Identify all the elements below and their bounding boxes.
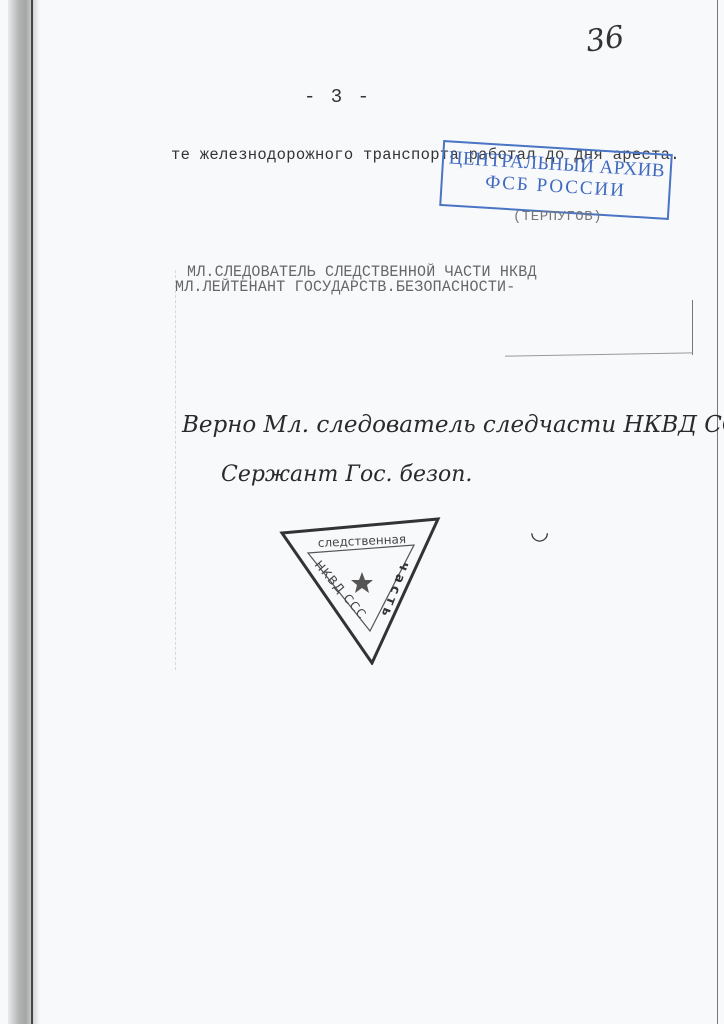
binding-edge-line	[31, 0, 33, 1024]
signature-title-line2: МЛ.ЛЕЙТЕНАНТ ГОСУДАРСТВ.БЕЗОПАСНОСТИ-	[175, 279, 515, 297]
archive-stamp: ЦЕНТРАЛЬНЫЙ АРХИВ ФСБ РОССИИ	[439, 140, 673, 220]
binding-shadow	[8, 0, 40, 1024]
typed-name: (ТЕРПУГОВ)	[513, 209, 602, 225]
right-edge-line	[717, 0, 718, 1024]
handwritten-certification-line2: Сержант Гос. безоп.	[221, 462, 472, 487]
svg-text:следственная: следственная	[318, 532, 407, 550]
margin-guide	[175, 270, 176, 670]
folio-number: 36	[584, 20, 627, 60]
handwritten-mark: ◡	[530, 520, 549, 545]
page-number: - 3 -	[304, 86, 371, 108]
triangular-seal: следственная часть НКВД СССР	[278, 517, 442, 665]
handwritten-certification-line1: Верно Мл. следователь следчасти НКВД ССС…	[182, 412, 724, 438]
margin-bracket-vertical	[692, 300, 693, 355]
star-icon	[351, 572, 373, 593]
seal-top-text: следственная	[318, 532, 407, 550]
document-page: 36 - 3 - те железнодорожного транспорта …	[0, 0, 724, 1024]
margin-bracket-horizontal	[505, 352, 693, 356]
